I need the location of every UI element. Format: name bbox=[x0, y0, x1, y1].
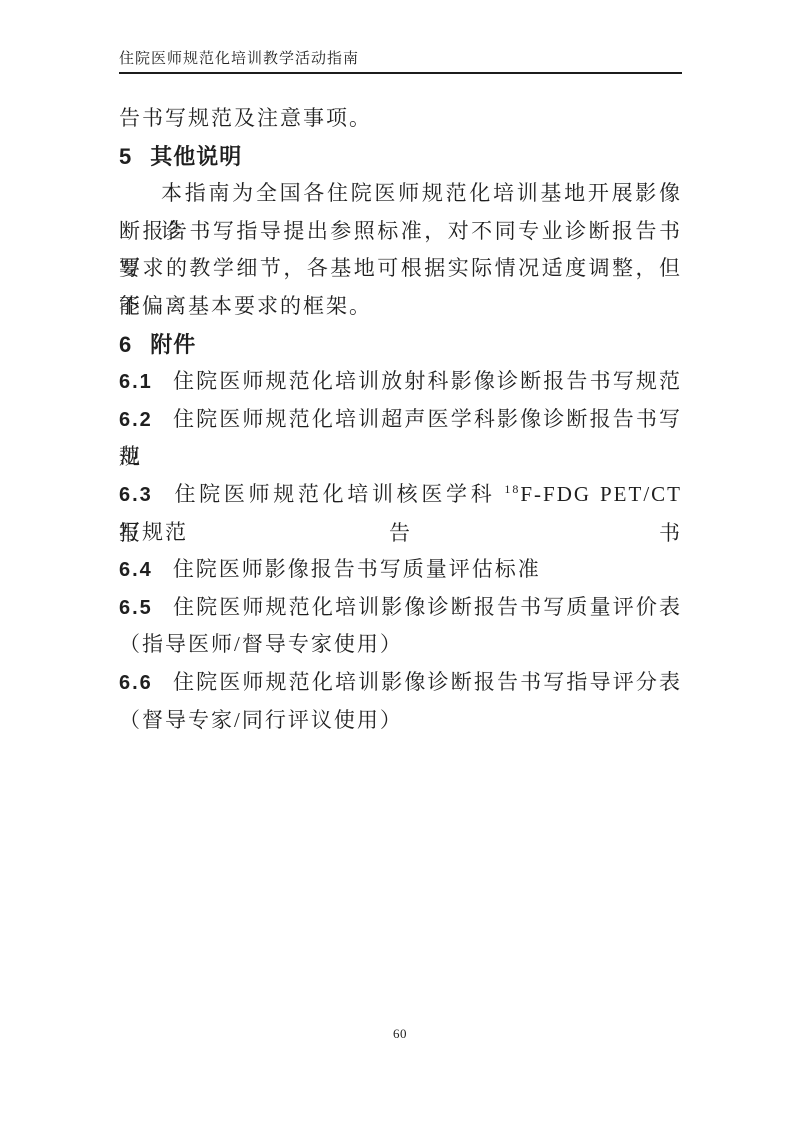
item-text: 住院医师影像报告书写质量评估标准 bbox=[173, 557, 541, 581]
item-text: 住院医师规范化培训核医学科 18F-FDG PET/CT 报告书 bbox=[119, 482, 682, 545]
page-header: 住院医师规范化培训教学活动指南 bbox=[119, 47, 682, 74]
text-line: 告书写规范及注意事项。 bbox=[119, 100, 682, 138]
item-number: 6.2 bbox=[119, 409, 153, 431]
section-heading: 5其他说明 bbox=[119, 138, 682, 176]
heading-title: 附件 bbox=[150, 332, 196, 357]
text-line: （督导专家/同行评议使用） bbox=[119, 702, 682, 740]
attachment-item-line: 6.2住院医师规范化培训超声医学科影像诊断报告书写规 bbox=[119, 401, 682, 439]
text-line: 范 bbox=[119, 438, 682, 476]
item-text: 住院医师规范化培训影像诊断报告书写指导评分表 bbox=[173, 670, 682, 694]
item-text-segment: 住院医师规范化培训影像诊断报告书写指导评分表 bbox=[173, 670, 682, 694]
text-line: 能偏离基本要求的框架。 bbox=[119, 288, 682, 326]
attachment-item-line: 6.6住院医师规范化培训影像诊断报告书写指导评分表 bbox=[119, 664, 682, 702]
item-text-segment: 住院医师规范化培训放射科影像诊断报告书写规范 bbox=[173, 369, 682, 393]
heading-number: 5 bbox=[119, 144, 132, 169]
item-number: 6.4 bbox=[119, 559, 153, 581]
item-number: 6.5 bbox=[119, 597, 153, 619]
item-text-segment: 住院医师规范化培训核医学科 bbox=[173, 482, 505, 506]
item-text: 住院医师规范化培训影像诊断报告书写质量评价表 bbox=[173, 595, 682, 619]
text-line: 本指南为全国各住院医师规范化培训基地开展影像诊 bbox=[119, 175, 682, 213]
text-line: 要求的教学细节，各基地可根据实际情况适度调整，但不 bbox=[119, 250, 682, 288]
item-number: 6.3 bbox=[119, 484, 153, 506]
heading-number: 6 bbox=[119, 332, 132, 357]
attachment-item-line: 6.5住院医师规范化培训影像诊断报告书写质量评价表 bbox=[119, 589, 682, 627]
page-number: 60 bbox=[393, 1026, 407, 1041]
item-text-segment: 住院医师规范化培训影像诊断报告书写质量评价表 bbox=[173, 595, 682, 619]
item-text-segment: 住院医师影像报告书写质量评估标准 bbox=[173, 557, 541, 581]
text-line: 断报告书写指导提出参照标准，对不同专业诊断报告书写 bbox=[119, 213, 682, 251]
section-heading: 6附件 bbox=[119, 326, 682, 364]
attachment-item-line: 6.3住院医师规范化培训核医学科 18F-FDG PET/CT 报告书 bbox=[119, 476, 682, 514]
attachment-item-line: 6.4住院医师影像报告书写质量评估标准 bbox=[119, 551, 682, 589]
text-line: （指导医师/督导专家使用） bbox=[119, 626, 682, 664]
attachment-item-line: 6.1住院医师规范化培训放射科影像诊断报告书写规范 bbox=[119, 363, 682, 401]
running-title: 住院医师规范化培训教学活动指南 bbox=[119, 51, 359, 67]
item-number: 6.1 bbox=[119, 371, 153, 393]
superscript-isotope: 18 bbox=[504, 482, 520, 496]
document-page: 住院医师规范化培训教学活动指南 告书写规范及注意事项。5其他说明本指南为全国各住… bbox=[0, 0, 800, 1131]
document-body: 告书写规范及注意事项。5其他说明本指南为全国各住院医师规范化培训基地开展影像诊断… bbox=[119, 100, 682, 739]
item-number: 6.6 bbox=[119, 672, 153, 694]
item-text: 住院医师规范化培训放射科影像诊断报告书写规范 bbox=[173, 369, 682, 393]
heading-title: 其他说明 bbox=[150, 144, 242, 169]
page-footer: 60 bbox=[0, 1026, 800, 1042]
